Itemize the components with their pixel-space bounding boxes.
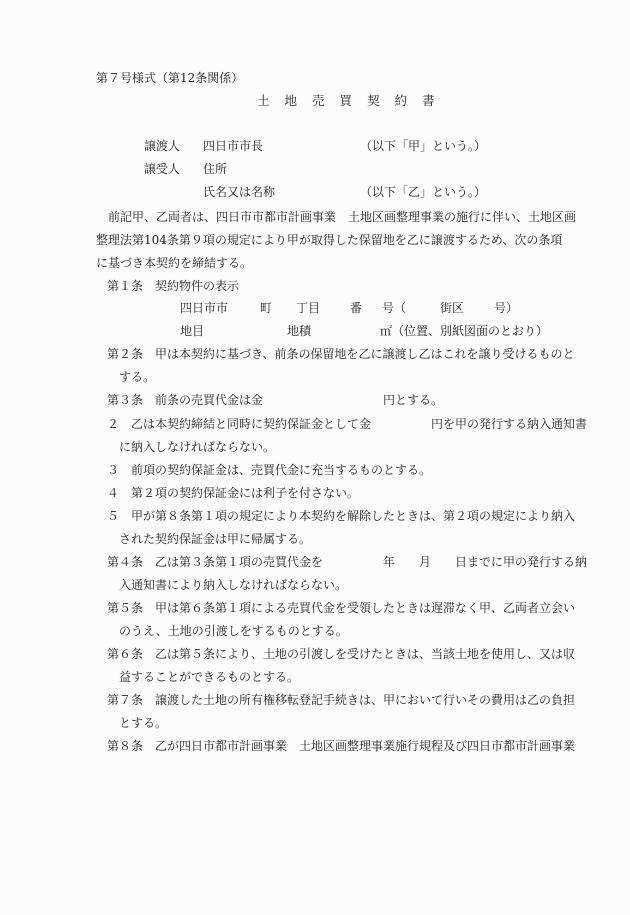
transferee-alias: （以下「乙」という。） bbox=[360, 184, 486, 200]
land-unit-note: ㎡（位置、別紙図面のとおり） bbox=[380, 323, 548, 339]
location-block: 街区 bbox=[440, 300, 464, 316]
land-area: 地積 bbox=[287, 323, 311, 339]
clause-line: 第８条 乙が四日市都市計画事業 土地区画整理事業施行規程及び四日市都市計画事業 bbox=[107, 738, 575, 754]
transferor-name: 四日市市長 bbox=[203, 138, 263, 154]
location-go-open: 号（ bbox=[382, 300, 406, 316]
clause-line: 第４条 乙は第３条第１項の売買代金を 年 月 日までに甲の発行する納 bbox=[107, 554, 587, 570]
article1-heading: 第１条 契約物件の表示 bbox=[107, 278, 239, 294]
clause-line: 第２条 甲は本契約に基づき、前条の保留地を乙に譲渡し乙はこれを譲り受けるものと bbox=[107, 346, 575, 362]
clause-line: 第５条 甲は第６条第１項による売買代金を受領したときは遅滞なく甲、乙両者立会い bbox=[107, 600, 575, 616]
clause-line: に納入しなければならない。 bbox=[107, 439, 275, 455]
title-char: 土 bbox=[257, 93, 270, 109]
clause-line: ３ 前項の契約保証金は、売買代金に充当するものとする。 bbox=[107, 462, 431, 478]
clause-line: ２ 乙は本契約締結と同時に契約保証金として金 円を甲の発行する納入通知書 bbox=[107, 416, 587, 432]
transferee-address-label: 住所 bbox=[203, 161, 227, 177]
clause-line: とする。 bbox=[107, 715, 167, 731]
location-city: 四日市市 bbox=[180, 300, 228, 316]
title-char: 書 bbox=[422, 93, 435, 109]
document-title: 土地売買契約書 bbox=[257, 93, 450, 109]
location-ban: 番 bbox=[350, 300, 362, 316]
transferee-name-label: 氏名又は名称 bbox=[203, 184, 275, 200]
title-char: 売 bbox=[312, 93, 325, 109]
clause-line: のうえ、土地の引渡しをするものとする。 bbox=[107, 623, 348, 639]
transferor-alias: （以下「甲」という。） bbox=[360, 138, 486, 154]
clause-line: された契約保証金は甲に帰属する。 bbox=[107, 531, 311, 547]
clause-line: 第６条 乙は第５条により、土地の引渡しを受けたときは、当該土地を使用し、又は収 bbox=[107, 646, 575, 662]
title-char: 約 bbox=[395, 93, 408, 109]
clause-line: する。 bbox=[107, 369, 155, 385]
title-char: 地 bbox=[285, 93, 298, 109]
clause-line: 第７条 譲渡した土地の所有権移転登記手続きは、甲において行いその費用は乙の負担 bbox=[107, 692, 575, 708]
preamble-line: に基づき本契約を締結する。 bbox=[96, 255, 252, 271]
clause-line: 第３条 前条の売買代金は金 円とする。 bbox=[107, 392, 443, 408]
form-number: 第７号様式（第12条関係） bbox=[96, 70, 243, 86]
land-category: 地目 bbox=[180, 323, 204, 339]
transferor-label: 譲渡人 bbox=[144, 138, 180, 154]
location-town: 町 bbox=[260, 300, 272, 316]
clause-line: 入通知書により納入しなければならない。 bbox=[107, 577, 347, 593]
location-go-close: 号） bbox=[494, 300, 518, 316]
clause-line: 益することができるものとする。 bbox=[107, 669, 299, 685]
transferee-label: 譲受人 bbox=[144, 161, 180, 177]
preamble-line: 前記甲、乙両者は、四日市市都市計画事業 土地区画整理事業の施行に伴い、土地区画 bbox=[96, 209, 576, 225]
title-char: 買 bbox=[340, 93, 353, 109]
location-chome: 丁目 bbox=[296, 300, 320, 316]
preamble-line: 整理法第104条第９項の規定により甲が取得した保留地を乙に譲渡するため、次の条項 bbox=[96, 232, 562, 248]
title-char: 契 bbox=[367, 93, 380, 109]
clause-line: ５ 甲が第８条第１項の規定により本契約を解除したときは、第２項の規定により納入 bbox=[107, 508, 575, 524]
clause-line: ４ 第２項の契約保証金には利子を付さない。 bbox=[107, 485, 359, 501]
